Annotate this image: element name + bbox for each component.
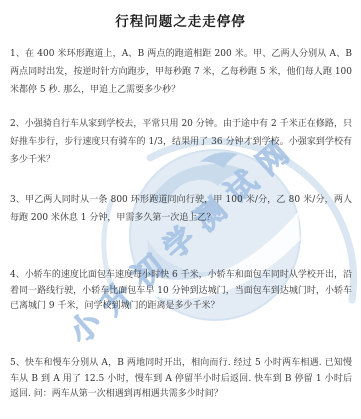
problem-5-text: 5、快车和慢车分别从 A，B 两地同时开出，相向而行. 经过 5 小时两车相遇.… xyxy=(10,356,352,403)
problem-2-text: 2、小强骑自行车从家到学校去，平常只用 20 分钟。由于途中有 2 千米正在修路… xyxy=(10,115,352,169)
problem-3-text: 3、甲乙两人同时从一条 800 环形跑道同向行驶，甲 100 米/分，乙 80 … xyxy=(10,191,352,227)
worksheet-page: 小升初学测试网 行程问题之走走停停 1、在 400 米环形跑道上，A、B 两点的… xyxy=(0,0,361,419)
problem-1-text: 1、在 400 米环形跑道上，A、B 两点的跑道相距 200 米。甲、乙两人分别… xyxy=(10,45,352,99)
problem-4-text: 4、小轿车的速度比面包车速度每小时快 6 千米，小轿车和面包车同时从学校开出，沿… xyxy=(10,268,352,315)
document-content: 行程问题之走走停停 1、在 400 米环形跑道上，A、B 两点的跑道相距 200… xyxy=(0,0,361,419)
page-title: 行程问题之走走停停 xyxy=(0,10,361,30)
